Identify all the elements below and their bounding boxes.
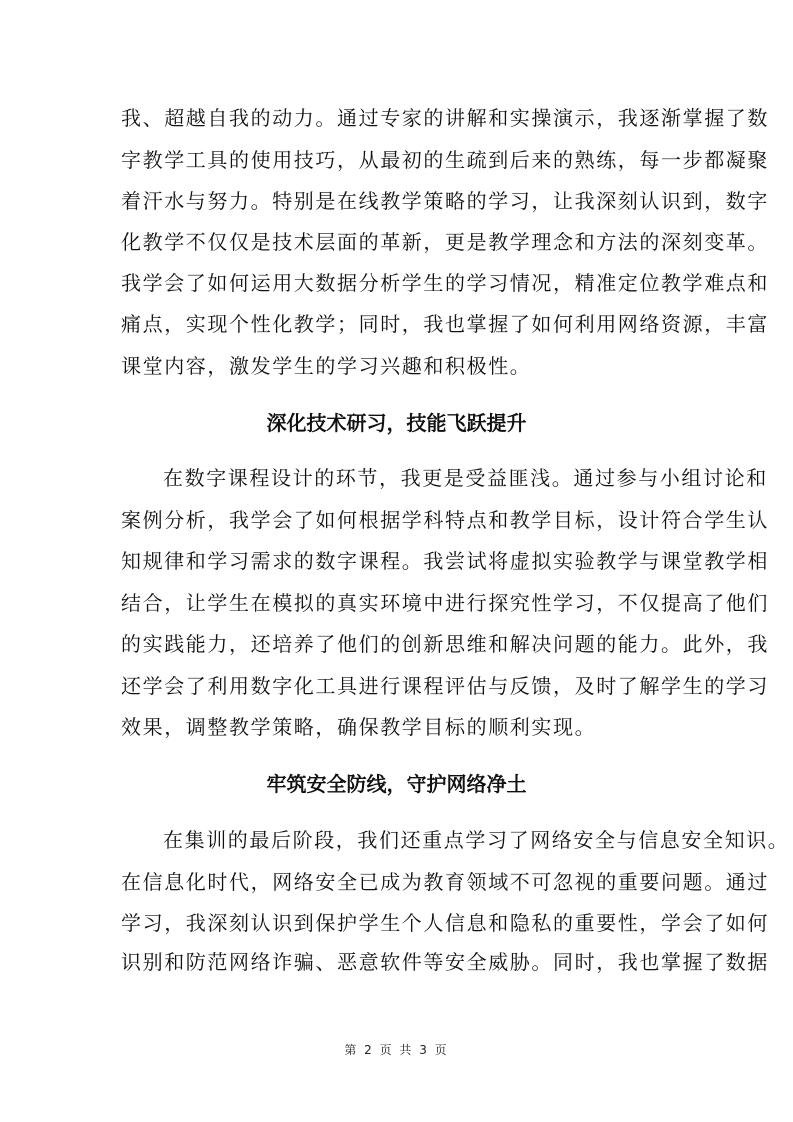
paragraph-line: 效果，调整教学策略，确保教学目标的顺利实现。 [121,712,681,742]
paragraph-line: 字教学工具的使用技巧，从最初的生疏到后来的熟练，每一步都凝聚 [121,145,681,175]
paragraph-line: 案例分析，我学会了如何根据学科特点和教学目标，设计符合学生认 [121,505,681,535]
section-heading: 牢筑安全防线，守护网络净土 [0,769,793,799]
paragraph-line: 在信息化时代，网络安全已成为教育领域不可忽视的重要问题。通过 [121,867,681,897]
paragraph-line: 识别和防范网络诈骗、恶意软件等安全威胁。同时，我也掌握了数据 [121,947,681,977]
document-page: 我、超越自我的动力。通过专家的讲解和实操演示，我逐渐掌握了数 字教学工具的使用技… [0,0,793,1122]
paragraph-line: 课堂内容，激发学生的学习兴趣和积极性。 [121,351,681,381]
paragraph-line: 学习，我深刻认识到保护学生个人信息和隐私的重要性，学会了如何 [121,908,681,938]
paragraph-line: 在数字课程设计的环节，我更是受益匪浅。通过参与小组讨论和 [163,463,723,493]
paragraph-line: 知规律和学习需求的数字课程。我尝试将虚拟实验教学与课堂教学相 [121,546,681,576]
paragraph-line: 痛点，实现个性化教学；同时，我也掌握了如何利用网络资源，丰富 [121,309,681,339]
page-number-footer: 第 2 页 共 3 页 [0,1040,793,1060]
section-heading: 深化技术研习，技能飞跃提升 [0,408,793,438]
paragraph-line: 我学会了如何运用大数据分析学生的学习情况，精准定位教学难点和 [121,268,681,298]
paragraph-line: 我、超越自我的动力。通过专家的讲解和实操演示，我逐渐掌握了数 [121,103,681,133]
paragraph-line: 化教学不仅仅是技术层面的革新，更是教学理念和方法的深刻变革。 [121,227,681,257]
paragraph-line: 在集训的最后阶段，我们还重点学习了网络安全与信息安全知识。 [163,825,723,855]
paragraph-line: 着汗水与努力。特别是在线教学策略的学习，让我深刻认识到，数字 [121,186,681,216]
paragraph-line: 的实践能力，还培养了他们的创新思维和解决问题的能力。此外，我 [121,629,681,659]
paragraph-line: 还学会了利用数字化工具进行课程评估与反馈，及时了解学生的学习 [121,671,681,701]
paragraph-line: 结合，让学生在模拟的真实环境中进行探究性学习，不仅提高了他们 [121,588,681,618]
